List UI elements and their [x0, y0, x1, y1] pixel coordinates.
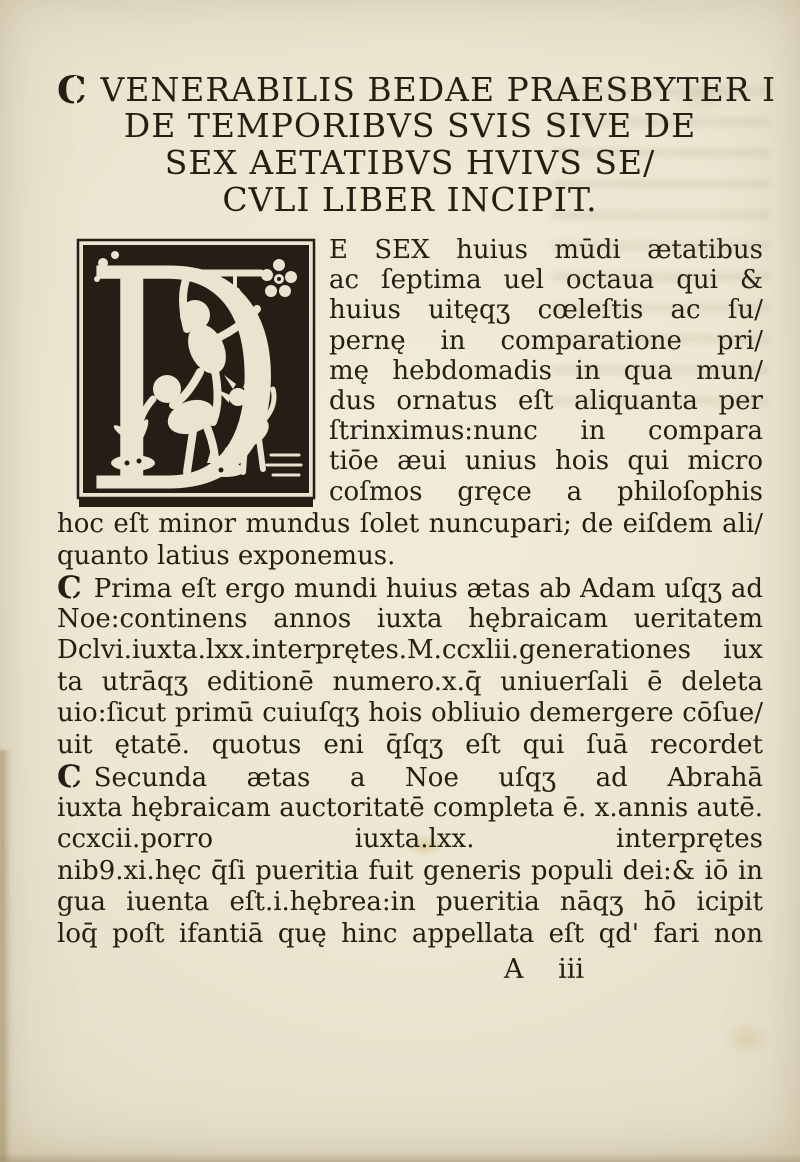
dog-leg: [259, 439, 263, 469]
text-line: quanto latius exponemus.: [57, 541, 763, 573]
flower-petal: [261, 269, 273, 281]
text-line: E SEX huius mūdi ætatibus: [329, 235, 763, 265]
capitulum-mark: C: [57, 762, 82, 793]
ground-mound: [111, 455, 155, 471]
text-line: ta utrāqʒ editionē numero.x.q̄ uniuerſal…: [57, 667, 763, 699]
text-line: ccxcii.porro iuxta.lxx. interprętes anni…: [57, 824, 763, 856]
paragraph-start-line: CPrima eſt ergo mundi huius ætas ab Adam…: [57, 572, 763, 604]
text-line: ſtrinximus:nunc in compara: [329, 416, 763, 446]
text-line: uit ętatē. quotus eni q̄ſqʒ eſt qui ſuā …: [57, 730, 763, 762]
capitulum-mark: C: [57, 72, 87, 109]
flower-petal: [279, 285, 291, 297]
blossom-dot: [94, 276, 100, 282]
mound-dot: [219, 468, 224, 473]
text-line: pernę in comparatione pri/: [329, 326, 763, 356]
flower-center-dot: [277, 277, 281, 281]
text-line: hoc eſt minor mundus ſolet nuncupari; de…: [57, 509, 763, 541]
text-line: dus ornatus eſt aliquanta per: [329, 386, 763, 416]
title-block: CVENERABILIS BEDAE PRAESBYTER I DE TEMPO…: [57, 70, 763, 218]
putto-lower-head: [153, 375, 181, 403]
book-page: CVENERABILIS BEDAE PRAESBYTER I DE TEMPO…: [0, 0, 800, 1162]
text-line: iuxta hębraicam auctoritatē completa ē. …: [57, 793, 763, 825]
putto-upper-arm: [183, 277, 187, 329]
text-line: nib9.xi.hęc q̄ſi pueritia fuit generis p…: [57, 856, 763, 888]
text-line: Secunda ætas a Noe uſqʒ ad Abrahā genera…: [57, 763, 763, 793]
woodcut-tassel-bead: [229, 287, 241, 299]
mound-dot: [125, 461, 130, 466]
title-line: DE TEMPORIBVS SVIS SIVE DE: [57, 107, 763, 144]
blossom-dot: [111, 251, 119, 259]
text-line: Prima eſt ergo mundi huius ætas ab Adam …: [57, 574, 763, 604]
page-edge-shadow: [0, 1153, 800, 1162]
flower-petal: [285, 271, 297, 283]
paragraph-start-line: CSecunda ætas a Noe uſqʒ ad Abrahā gener…: [57, 761, 763, 793]
text-line: loq̄ poſt ifantiā quę hinc appellata eſt…: [57, 919, 763, 951]
title-line: CVENERABILIS BEDAE PRAESBYTER I: [57, 70, 763, 107]
title-line: CVLI LIBER INCIPIT.: [57, 181, 763, 218]
blossom-dot: [98, 258, 108, 268]
flower-petal: [265, 285, 277, 297]
quire-signature: A iii: [57, 954, 763, 986]
ground-mound: [205, 463, 245, 477]
text-line: Dclvi.iuxta.lxx.interprętes.M.ccxlii.gen…: [57, 635, 763, 667]
body-text: D: [57, 235, 763, 986]
text-line: huius uitęqʒ cœleſtis ac ſu/: [329, 295, 763, 325]
text-line: coſmos gręce a philoſophis: [329, 477, 763, 507]
title-text: VENERABILIS BEDAE PRAESBYTER I: [100, 70, 776, 109]
woodcut-initial-block: D: [75, 237, 317, 509]
text-line: ac ſeptima uel octaua qui &: [329, 265, 763, 295]
mound-dot: [137, 459, 142, 464]
first-paragraph-row: D: [57, 235, 763, 509]
text-block: CVENERABILIS BEDAE PRAESBYTER I DE TEMPO…: [57, 70, 763, 986]
wrapped-text-column: E SEX huius mūdi ætatibus ac ſeptima uel…: [329, 235, 763, 507]
text-line: uio:ſicut primū cuiuſqʒ hois obliuio dem…: [57, 698, 763, 730]
woodcut-initial-D: D: [75, 237, 317, 509]
dog-head: [229, 388, 247, 406]
text-line: tiōe æui unius hois qui micro: [329, 446, 763, 476]
text-line: mę hebdomadis in qua mun/: [329, 356, 763, 386]
capitulum-mark: C: [57, 573, 82, 604]
text-line: Noe:continens annos iuxta hębraicam ueri…: [57, 604, 763, 636]
flower-petal: [273, 259, 285, 271]
page-edge-shadow: [0, 750, 11, 1162]
title-line: SEX AETATIBVS HVIVS SE/: [57, 144, 763, 181]
woodcut-tassel-bead: [230, 302, 240, 312]
text-line: gua iuenta eſt.i.hębrea:in pueritia nāqʒ…: [57, 887, 763, 919]
paper-stain: [722, 1022, 772, 1056]
